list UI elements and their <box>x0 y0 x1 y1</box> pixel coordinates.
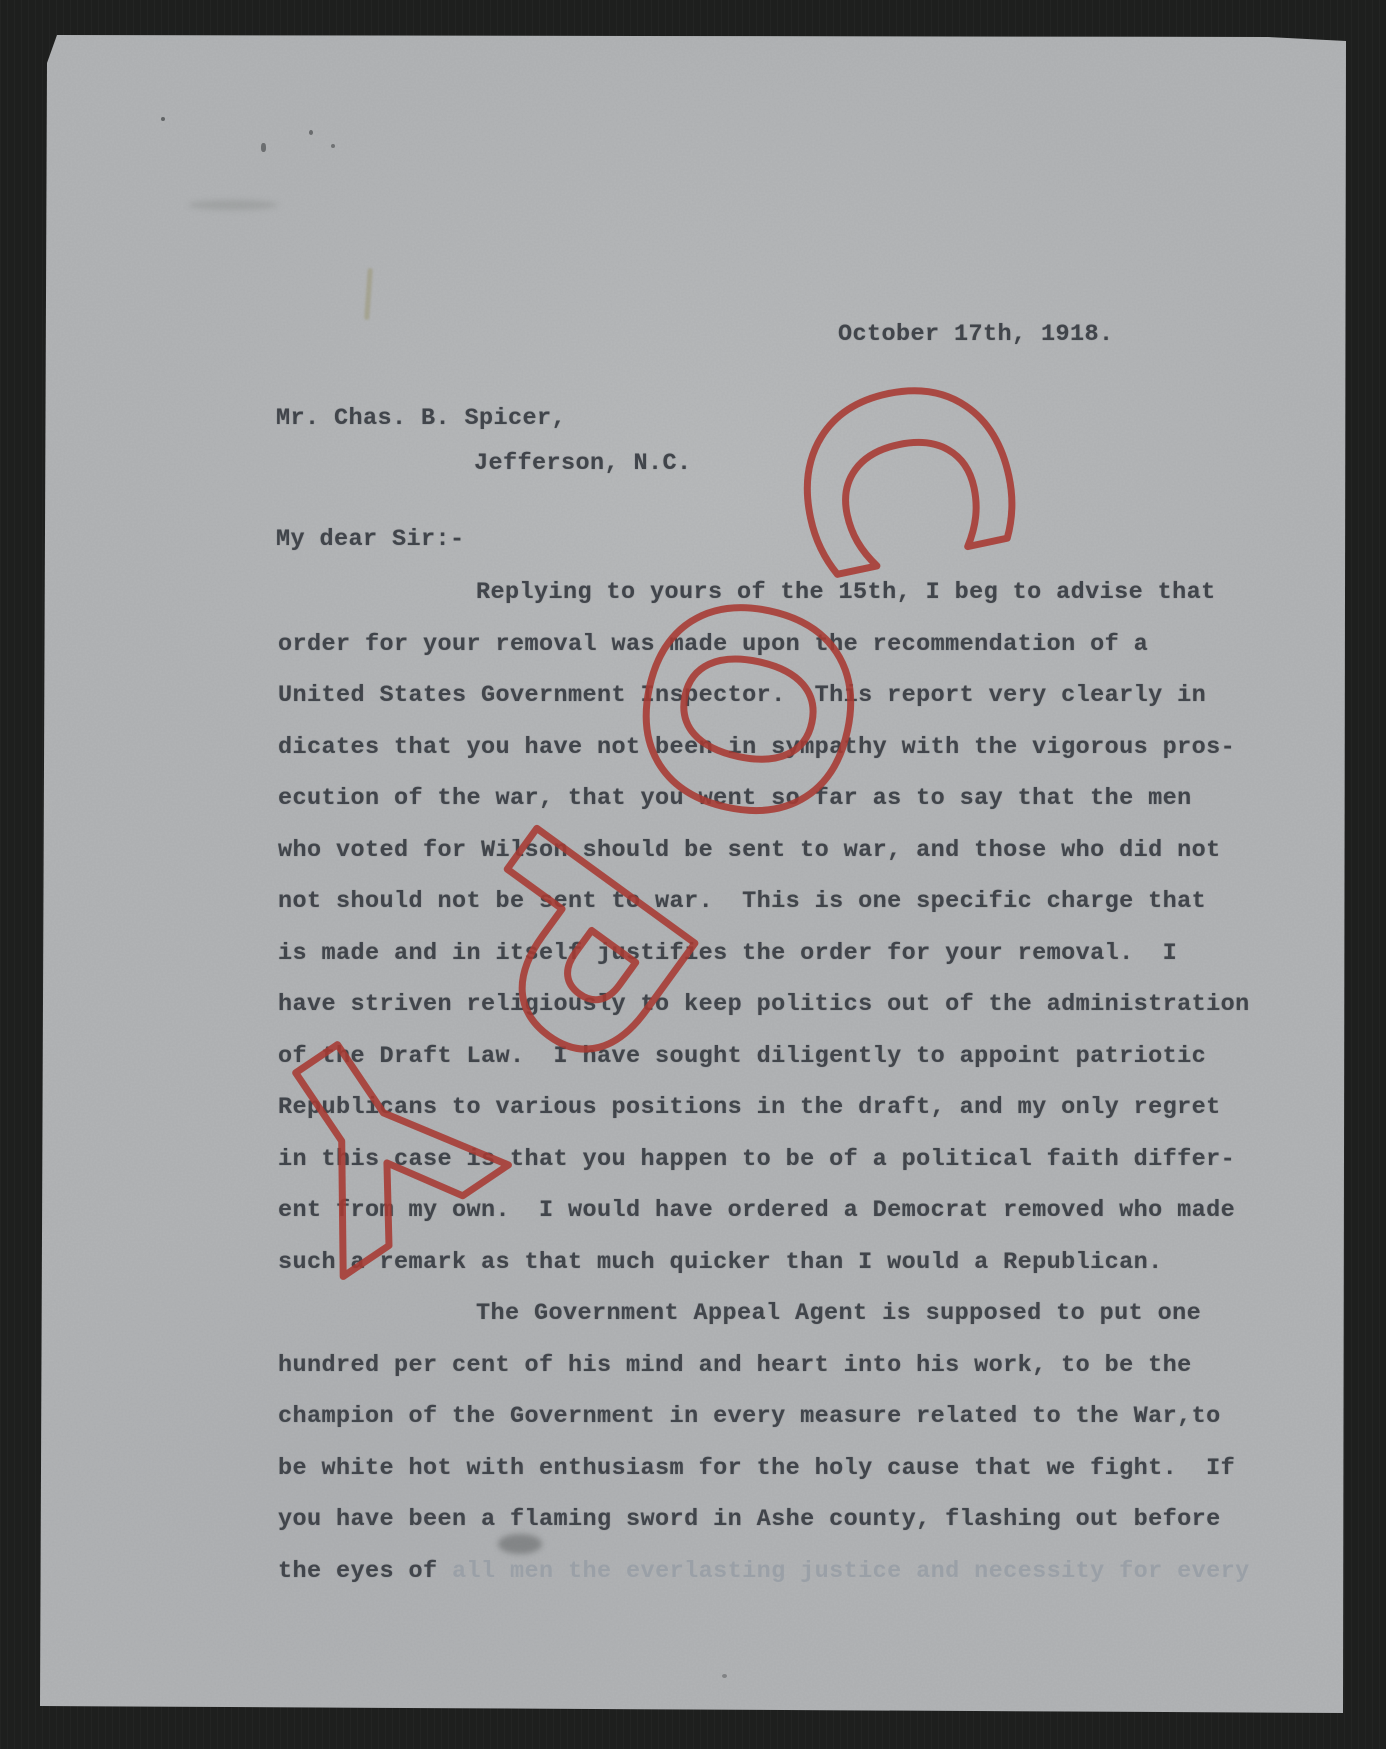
paper-speck <box>331 144 335 148</box>
body-line: the eyes of all men the everlasting just… <box>278 1546 1278 1598</box>
body-line: United States Government Inspector. This… <box>278 670 1278 722</box>
body-line: hundred per cent of his mind and heart i… <box>278 1340 1278 1392</box>
body-line-faded-text: all men the everlasting justice and nece… <box>452 1558 1250 1585</box>
letter-body: Replying to yours of the 15th, I beg to … <box>278 567 1278 1597</box>
recipient-name: Mr. Chas. B. Spicer, <box>276 406 566 432</box>
body-line: The Government Appeal Agent is supposed … <box>278 1288 1278 1340</box>
body-line: champion of the Government in every meas… <box>278 1391 1278 1443</box>
body-line: such a remark as that much quicker than … <box>278 1237 1278 1289</box>
body-line: Republicans to various positions in the … <box>278 1082 1278 1134</box>
letter-paper: October 17th, 1918. Mr. Chas. B. Spicer,… <box>0 0 1386 1749</box>
body-line: is made and in itself justifies the orde… <box>278 928 1278 980</box>
scan-background: October 17th, 1918. Mr. Chas. B. Spicer,… <box>0 0 1386 1749</box>
body-line: not should not be sent to war. This is o… <box>278 876 1278 928</box>
body-line: have striven religiously to keep politic… <box>278 979 1278 1031</box>
letter-date: October 17th, 1918. <box>838 322 1114 348</box>
paper-crease-smudge <box>188 200 278 210</box>
paper-stain <box>364 268 373 320</box>
body-line: you have been a flaming sword in Ashe co… <box>278 1494 1278 1546</box>
body-line: ecution of the war, that you went so far… <box>278 773 1278 825</box>
body-line: Replying to yours of the 15th, I beg to … <box>278 567 1278 619</box>
body-line: in this case is that you happen to be of… <box>278 1134 1278 1186</box>
body-line-text: the eyes of <box>278 1558 452 1585</box>
salutation: My dear Sir:- <box>276 527 465 553</box>
body-line: who voted for Wilson should be sent to w… <box>278 825 1278 877</box>
body-line: ent from my own. I would have ordered a … <box>278 1185 1278 1237</box>
body-line: of the Draft Law. I have sought diligent… <box>278 1031 1278 1083</box>
paper-speck <box>261 143 266 152</box>
paper-speck <box>722 1674 727 1678</box>
body-line: order for your removal was made upon the… <box>278 619 1278 671</box>
paper-speck <box>309 130 313 135</box>
paper-speck <box>161 117 165 121</box>
recipient-place: Jefferson, N.C. <box>474 451 692 477</box>
body-line: be white hot with enthusiasm for the hol… <box>278 1443 1278 1495</box>
body-line: dicates that you have not been in sympat… <box>278 722 1278 774</box>
